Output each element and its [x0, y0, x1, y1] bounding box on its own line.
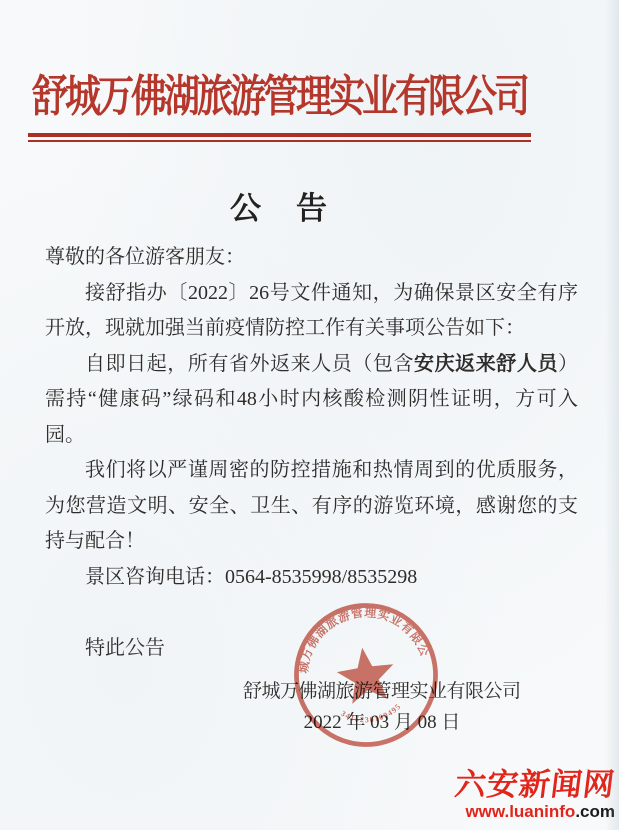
news-site-watermark: 六安新闻网 www.luaninfo.com	[415, 768, 615, 821]
company-letterhead: 舒城万佛湖旅游管理实业有限公司	[28, 62, 531, 124]
watermark-site-name: 六安新闻网	[413, 768, 617, 802]
paragraph-requirements: 自即日起，所有省外返来人员（包含安庆返来舒人员）需持“健康码”绿码和48小时内核…	[45, 347, 578, 454]
paragraph-service-pledge: 我们将以严谨周密的防控措施和热情周到的优质服务，为您营造文明、安全、卫生、有序的…	[45, 453, 578, 560]
closing-line: 特此公告	[45, 631, 578, 667]
scanned-notice-page: 舒城万佛湖旅游管理实业有限公司 公 告 尊敬的各位游客朋友： 接舒指办〔2022…	[0, 0, 619, 830]
notice-body: 尊敬的各位游客朋友： 接舒指办〔2022〕26号文件通知，为确保景区安全有序开放…	[45, 240, 578, 666]
paragraph-directive: 接舒指办〔2022〕26号文件通知，为确保景区安全有序开放，现就加强当前疫情防控…	[45, 276, 578, 347]
letterhead-divider-rule	[28, 133, 531, 142]
paragraph-requirements-bold: 安庆返来舒人员	[414, 353, 558, 375]
watermark-url-main: www.luaninfo	[465, 802, 575, 821]
salutation: 尊敬的各位游客朋友：	[45, 240, 578, 276]
signature-date: 2022 年 03 月 08 日	[243, 707, 521, 738]
signature-company: 舒城万佛湖旅游管理实业有限公司	[243, 676, 521, 707]
watermark-url-suffix: .com	[575, 802, 615, 821]
signature-block: 舒城万佛湖旅游管理实业有限公司 2022 年 03 月 08 日	[243, 676, 521, 738]
notice-title: 公 告	[28, 183, 531, 228]
paragraph-requirements-pre: 自即日起，所有省外返来人员（包含	[85, 353, 414, 375]
phone-line: 景区咨询电话：0564-8535998/8535298	[45, 560, 578, 596]
watermark-site-url: www.luaninfo.com	[415, 802, 615, 821]
